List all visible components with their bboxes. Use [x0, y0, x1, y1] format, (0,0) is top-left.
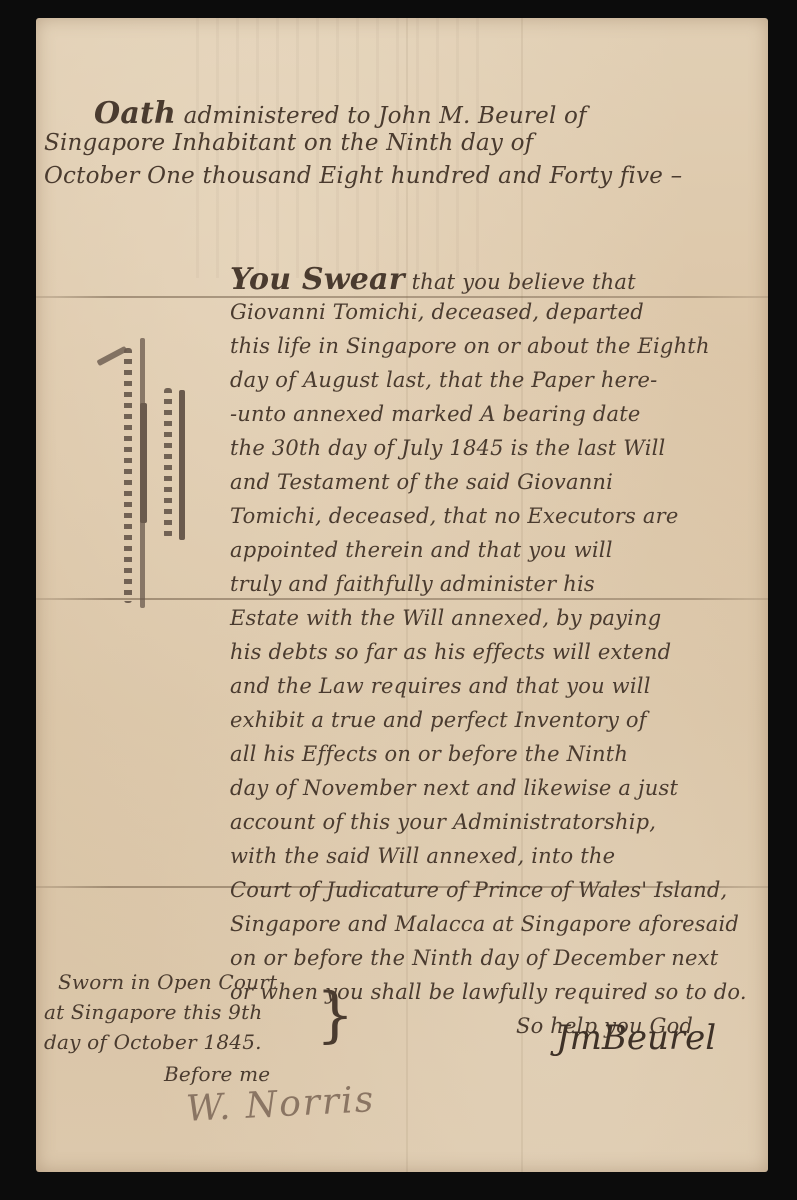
body-line: appointed therein and that you will: [230, 538, 613, 562]
heading-line-1: Oath Oath administered to John M. Beurel…: [94, 96, 587, 131]
judge-signature: W. Norris: [185, 1079, 376, 1130]
heading-line-2: Singapore Inhabitant on the Ninth day of: [44, 130, 533, 156]
heading-first-word: Oath: [94, 96, 176, 131]
body-line: Court of Judicature of Prince of Wales' …: [230, 878, 727, 902]
body-line: and Testament of the said Giovanni: [230, 470, 613, 494]
body-line: the 30th day of July 1845 is the last Wi…: [230, 436, 665, 460]
body-line-rest: that you believe that: [412, 270, 636, 294]
body-line: day of November next and likewise a just: [230, 776, 678, 800]
deponent-signature: JmBeurel: [556, 1018, 716, 1058]
jurat-line: Before me: [164, 1062, 270, 1086]
margin-offset-writing: [164, 388, 172, 538]
margin-rule-heavy: [140, 403, 147, 523]
fold-line: [36, 598, 768, 600]
body-line: Singapore and Malacca at Singapore afore…: [230, 912, 739, 936]
body-line: on or before the Ninth day of December n…: [230, 946, 718, 970]
jurat-line: at Singapore this 9th: [44, 1000, 262, 1024]
body-line: -unto annexed marked A bearing date: [230, 402, 641, 426]
curly-brace: }: [316, 980, 354, 1050]
body-line: truly and faithfully administer his: [230, 572, 595, 596]
margin-offset-writing: [124, 348, 132, 603]
body-line: Estate with the Will annexed, by paying: [230, 606, 661, 630]
body-line: day of August last, that the Paper here-: [230, 368, 657, 392]
heading-line-3: October One thousand Eight hundred and F…: [44, 163, 682, 189]
body-line: his debts so far as his effects will ext…: [230, 640, 671, 664]
body-line: You Swear that you believe that: [230, 262, 636, 297]
body-line: Tomichi, deceased, that no Executors are: [230, 504, 678, 528]
body-first-words: You Swear: [230, 262, 405, 297]
body-line: account of this your Administratorship,: [230, 810, 656, 834]
jurat-line: day of October 1845.: [44, 1030, 262, 1054]
body-line: or when you shall be lawfully required s…: [230, 980, 747, 1004]
margin-rule: [179, 390, 185, 540]
body-line: exhibit a true and perfect Inventory of: [230, 708, 647, 732]
body-line: Giovanni Tomichi, deceased, departed: [230, 300, 644, 324]
heading-rest: administered to John M. Beurel of: [184, 103, 587, 129]
body-line: all his Effects on or before the Ninth: [230, 742, 628, 766]
jurat-line: Sworn in Open Court: [58, 970, 277, 994]
body-line: with the said Will annexed, into the: [230, 844, 615, 868]
document-paper: Oath Oath administered to John M. Beurel…: [36, 18, 768, 1172]
margin-stroke: [96, 346, 127, 366]
body-line: this life in Singapore on or about the E…: [230, 334, 710, 358]
body-line: and the Law requires and that you will: [230, 674, 651, 698]
